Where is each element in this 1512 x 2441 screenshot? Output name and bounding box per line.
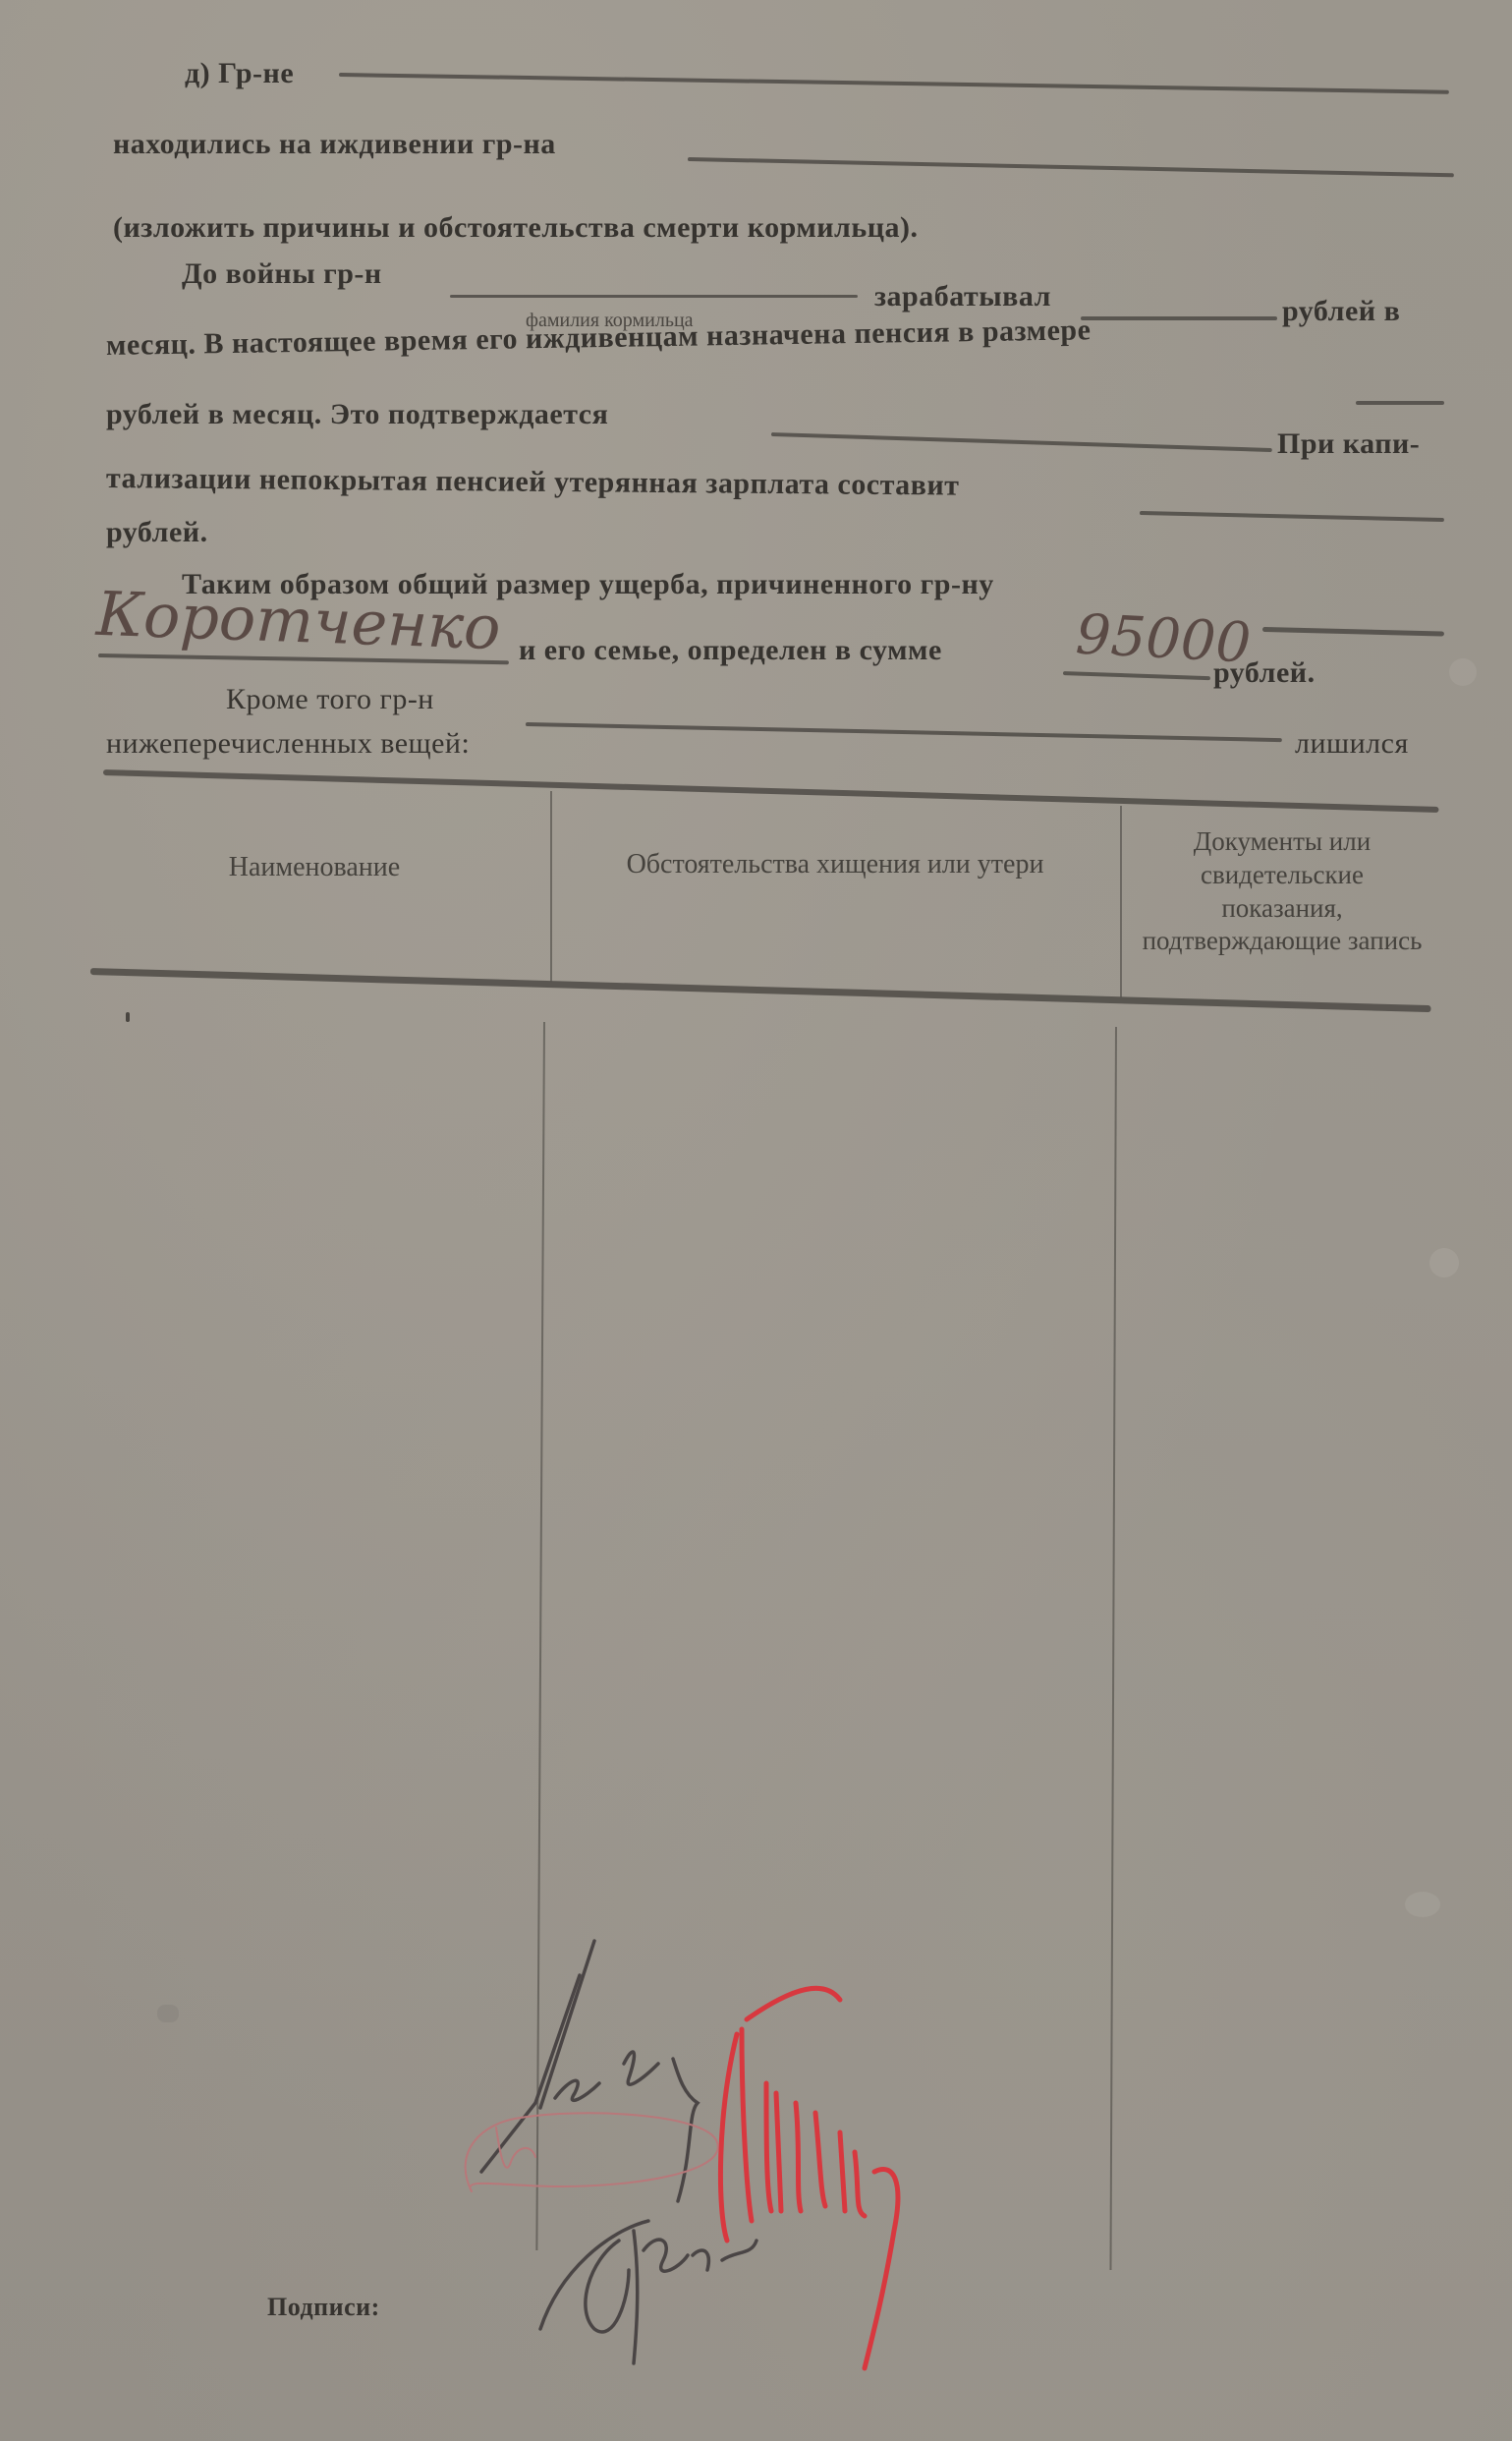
table-divider-2-header: [1120, 806, 1122, 997]
signature-3-icon: [720, 1988, 897, 2368]
signature-2-icon: [466, 2113, 718, 2191]
death-circumstances-instruction: (изложить причины и обстоятельства смерт…: [113, 211, 919, 245]
listed-items-text: нижеперечисленных вещей:: [106, 727, 470, 760]
column-header-circumstances: Обстоятельства хищения или утери: [609, 830, 1061, 899]
earnings-line-3: рублей в месяц. Это подтверждается: [106, 398, 608, 431]
breadwinner-surname-blank[interactable]: [450, 295, 858, 298]
signatures-text: Подписи:: [267, 2293, 380, 2321]
document-page: д) Гр-не находились на иждивении гр-на (…: [0, 0, 1512, 2441]
confirmed-by-text: рублей в месяц. Это подтверждается: [106, 398, 608, 430]
earnings-line-5: рублей.: [106, 516, 208, 549]
besides-text: Кроме того гр-н: [226, 683, 434, 715]
signatures-block: [442, 1916, 1189, 2388]
column-header-documents: Документы или свидетельские показания, п…: [1140, 825, 1425, 958]
total-damage-line-2: и его семье, определен в сумме: [519, 634, 942, 667]
deprived-text: лишился: [1295, 727, 1409, 760]
victim-blank-end[interactable]: [1262, 627, 1444, 637]
item-d-blank-line[interactable]: [339, 73, 1449, 94]
table-divider-1-header: [550, 791, 552, 983]
additional-line-2: нижеперечисленных вещей:: [106, 727, 470, 761]
earnings-amount-blank[interactable]: [1081, 316, 1277, 320]
earnings-line-1: До войны гр-н: [182, 257, 382, 291]
signature-1-icon: [481, 1941, 698, 2201]
signatures-label: Подписи:: [267, 2293, 380, 2322]
capitalization-label: При капи-: [1277, 427, 1420, 461]
paper-hole-mark: [1405, 1892, 1440, 1917]
ink-speck: [126, 1012, 130, 1022]
earnings-line-4: тализации непокрытая пенсией утерянная з…: [106, 462, 960, 503]
deprived-label: лишился: [1295, 727, 1409, 761]
rubles-total-label: рублей.: [1213, 656, 1316, 690]
paper-hole-mark: [1449, 658, 1477, 686]
item-d-prefix: д) Гр-не: [185, 57, 294, 90]
victim-name-handwritten: Коротченко: [95, 578, 502, 663]
additional-line-1: Кроме того гр-н: [226, 683, 434, 716]
lost-salary-blank[interactable]: [1140, 511, 1444, 522]
paper-hole-mark: [1429, 1248, 1459, 1277]
pension-text: месяц. В настоящее время его иждивенцам …: [106, 313, 1092, 362]
rubles-in-label: рублей в: [1282, 295, 1400, 328]
column-header-name: Наименование: [167, 850, 462, 884]
rubles-in-text: рублей в: [1282, 295, 1400, 327]
earnings-line-2: месяц. В настоящее время его иждивенцам …: [106, 313, 1092, 363]
family-sum-text: и его семье, определен в сумме: [519, 634, 942, 666]
confirmation-blank[interactable]: [771, 432, 1272, 452]
dependents-line: находились на иждивении гр-на: [113, 128, 556, 161]
earned-text: зарабатывал: [874, 280, 1051, 312]
paper-stain: [157, 2005, 179, 2022]
pension-amount-blank[interactable]: [1356, 401, 1444, 405]
rubles-text: рублей.: [106, 516, 208, 548]
instruction-text: (изложить причины и обстоятельства смерт…: [113, 211, 919, 244]
item-d-prefix-text: д) Гр-не: [185, 57, 294, 89]
signature-4-icon: [540, 2221, 756, 2363]
table-top-rule: [103, 769, 1439, 813]
earned-label: зарабатывал: [874, 280, 1051, 313]
lost-salary-text: тализации непокрытая пенсией утерянная з…: [106, 462, 960, 502]
dependents-text: находились на иждивении гр-на: [113, 128, 556, 160]
rubles-total-text: рублей.: [1213, 656, 1316, 689]
additional-person-blank[interactable]: [526, 722, 1282, 742]
breadwinner-blank-line[interactable]: [688, 157, 1454, 177]
before-war-text: До войны гр-н: [182, 257, 382, 290]
capitalization-text: При капи-: [1277, 427, 1420, 460]
